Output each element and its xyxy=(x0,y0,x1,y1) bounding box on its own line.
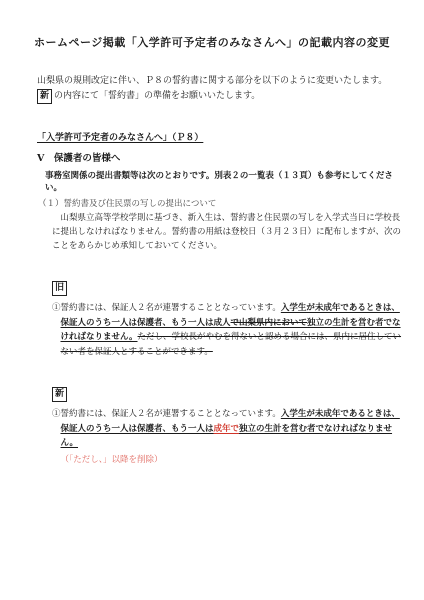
new-label-box: 新 xyxy=(37,89,52,104)
section-heading: 「入学許可予定者のみなさんへ」（Ｐ８） xyxy=(37,130,390,143)
item-heading: （１）誓約書及び住民票の写しの提出について xyxy=(38,197,390,209)
document-title: ホームページ掲載「入学許可予定者のみなさんへ」の記載内容の変更 xyxy=(20,34,404,50)
intro-line2: の内容にて「誓約書」の準備をお願いいたします。 xyxy=(54,91,260,101)
new-block-paragraph: ①誓約書には、保証人２名が連署することとなっています。入学生が未成年であるときは… xyxy=(52,407,406,467)
old-label-box: 旧 xyxy=(52,281,67,296)
document-page: ホームページ掲載「入学許可予定者のみなさんへ」の記載内容の変更 山梨県の規則改定… xyxy=(0,0,424,600)
section-note: 事務室関係の提出書類等は次のとおりです。別表２の一覧表（１３頁）も参考にしてくだ… xyxy=(45,169,404,193)
section-subheading: Ⅴ 保護者の皆様へ xyxy=(37,150,390,164)
item-body: 山梨県立高等学校学則に基づき、新入生は、誓約書と住民票の写しを入学式当日に学校長… xyxy=(52,211,404,253)
intro-paragraph: 山梨県の規則改定に伴い、Ｐ８の誓約書に関する部分を以下のように変更いたします。新… xyxy=(37,74,390,104)
old-seg-intro: ①誓約書には、保証人２名が連署することとなっています。 xyxy=(52,303,281,313)
new-seg-intro: ①誓約書には、保証人２名が連署することとなっています。 xyxy=(52,409,281,419)
new-note-red: （「ただし、」以降を削除） xyxy=(61,453,407,468)
old-block-paragraph: ①誓約書には、保証人２名が連署することとなっています。入学生が未成年であるときは… xyxy=(52,301,406,359)
old-block-label-row: 旧 xyxy=(52,275,424,296)
old-seg-underline-strike: で山梨県内において xyxy=(231,318,308,328)
new-block-label-row: 新 xyxy=(52,381,424,402)
intro-line1: 山梨県の規則改定に伴い、Ｐ８の誓約書に関する部分を以下のように変更いたします。 xyxy=(37,76,387,86)
new-label-box-2: 新 xyxy=(52,387,67,402)
new-seg-red: 成年で xyxy=(214,424,240,434)
